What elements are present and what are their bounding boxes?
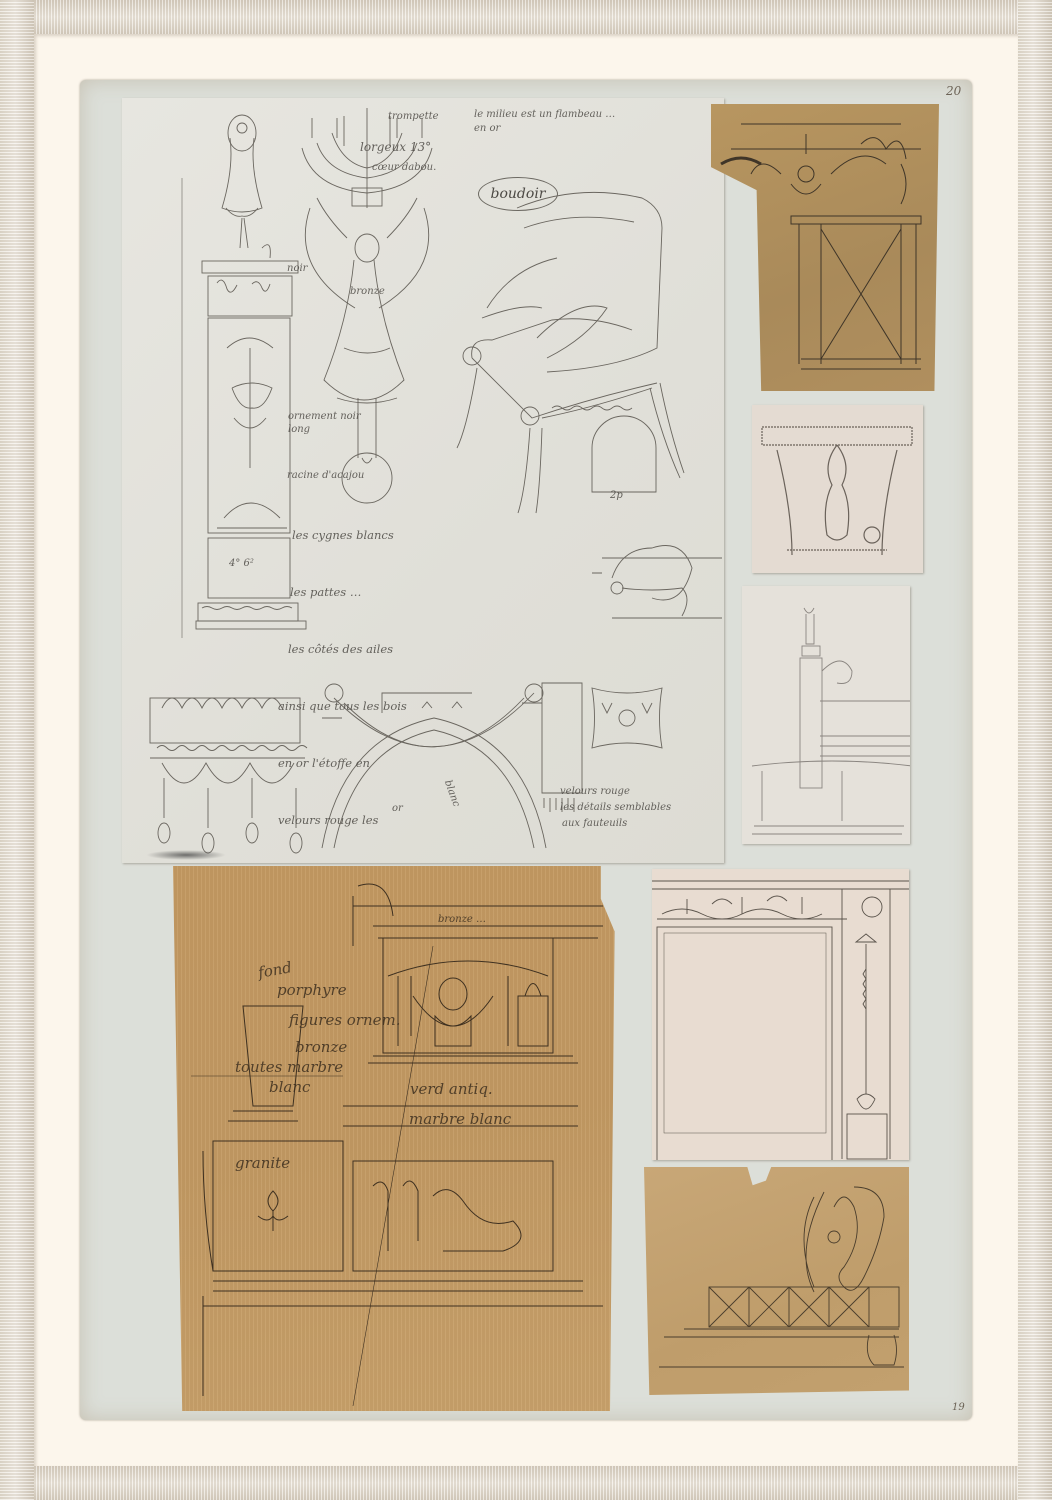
swan-sofa-drawing [644,1167,909,1395]
frieze-ornament-sketch [592,688,662,748]
annotation-porphyre: porphyre [277,981,347,999]
page-number-bottom: 19 [952,1402,965,1413]
annotation-marbre-blanc: marbre blanc [409,1110,511,1128]
annotation-noir: noir [287,263,307,274]
dancer-figure-sketch [222,115,270,258]
frame-top-rail [0,0,1052,34]
annotation-top-frieze: bronze … [438,914,486,925]
annotation-verd-antique: verd antiq. [410,1080,493,1098]
annotation-boudoir: boudoir [478,177,558,211]
annotation-lorgeux: lorgeux 13° [360,140,431,154]
handwritten-notes: les cygnes blancs les pattes … les côtés… [272,488,529,863]
capital-drawing [752,405,923,573]
daybed-sketch [592,546,722,619]
note-line: les pattes … [272,583,529,602]
note-line: velours rouge les [272,811,529,830]
capital-ornament-sketch [752,405,923,573]
note-line: ainsi que tous les bois [272,697,529,716]
monument-drawing [173,866,633,1411]
frame-bottom-rail [0,1466,1052,1500]
column-bench-sketch [742,586,910,844]
frame-left-rail [0,0,34,1500]
annotation-granite: granite [235,1154,290,1172]
annotation-flambeau: le milieu est un flambeau … en or [474,108,624,136]
annotation-ornement: ornement noir [288,411,361,422]
annotation-width: 2p [610,490,623,501]
page-number-top: 20 [946,84,961,98]
note-line: les côtés des ailes [272,640,529,659]
annotation-dimension: 4° 6² [229,558,254,569]
annotation-bronze: bronze [350,286,385,297]
note-line: en or l'étoffe en [272,754,529,773]
annotation-details: les détails semblables [560,802,671,813]
annotation-toutes-marbre: toutes marbre [235,1058,343,1076]
wall-panel-drawing [652,869,909,1160]
annotation-trompette: trompette [388,111,439,122]
monument-fireplace-sketch: fond porphyre figures ornem. bronze tout… [173,866,633,1411]
note-line: les cygnes blancs [272,526,529,545]
wall-panel-candelabrum-sketch [652,869,909,1160]
swan-sofa-sketch [644,1167,909,1395]
annotation-fauteuils: aux fauteuils [562,818,627,829]
annotation-coeur: cœur dabou. [372,162,436,173]
annotation-blanc-brown: blanc [269,1078,310,1096]
annotation-racine: racine d'acajou [287,470,364,481]
column-bench-drawing [742,586,910,844]
graphite-smudge [146,850,226,860]
armchair-sketch [457,192,684,513]
frame-right-rail [1018,0,1052,1500]
main-sketch-sheet: trompette le milieu est un flambeau … en… [122,98,724,863]
annotation-figures: figures ornem. [289,1011,401,1029]
annotation-bronze-brown: bronze [295,1038,347,1056]
annotation-velours: velours rouge [560,786,630,797]
annotation-long: long [288,424,310,435]
